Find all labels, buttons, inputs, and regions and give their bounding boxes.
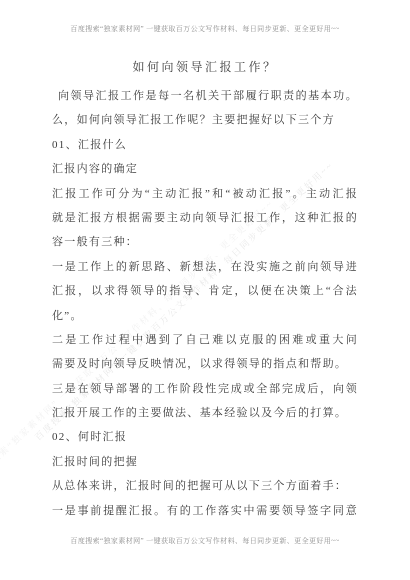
- body-line: 汇报内容的确定: [52, 157, 358, 181]
- body-text: 向领导汇报工作是每一名机关干部履行职责的基本功。那么，如何向领导汇报工作呢？主要…: [52, 84, 358, 523]
- body-line: 化”。: [52, 304, 358, 328]
- page-title: 如何向领导汇报工作？: [0, 58, 410, 75]
- body-line: 汇报开展工作的主要做法、基本经验以及今后的打算。: [52, 401, 358, 425]
- document-page: 百度搜索“独家素材网” 一键获取百万公文写作材料、每日同步更新、更全更好用~~ …: [0, 0, 410, 580]
- body-line: 容一般有三种：: [52, 230, 358, 254]
- body-line: 汇报，以求得领导的指导、肯定，以便在决策上“合法: [52, 279, 358, 303]
- body-line: 一是工作上的新思路、新想法，在没实施之前向领导进行: [52, 255, 358, 279]
- header-promo-text: 百度搜索“独家素材网” 一键获取百万公文写作材料、每日同步更新、更全更好用~~: [0, 24, 410, 34]
- body-line: 从总体来讲，汇报时间的把握可从以下三个方面着手：: [52, 474, 358, 498]
- footer-promo-text: 百度搜索“独家素材网” 一键获取百万公文写作材料、每日同步更新、更全更好用~~: [0, 536, 410, 546]
- body-line: 么，如何向领导汇报工作呢？主要把握好以下三个方面。: [52, 108, 358, 132]
- body-line: 就是汇报方根据需要主动向领导汇报工作，这种汇报的内: [52, 206, 358, 230]
- body-line: 02、何时汇报: [52, 425, 358, 449]
- body-line: 向领导汇报工作是每一名机关干部履行职责的基本功。那: [52, 84, 358, 108]
- body-line: 一是事前提醒汇报。有的工作落实中需要领导签字同意或: [52, 499, 358, 523]
- body-line: 需要及时向领导反映情况，以求得领导的指点和帮助。: [52, 352, 358, 376]
- body-line: 汇报工作可分为“主动汇报”和“被动汇报”。主动汇报: [52, 182, 358, 206]
- body-line: 二是工作过程中遇到了自己难以克服的困难或重大问题，: [52, 328, 358, 352]
- body-line: 01、汇报什么: [52, 133, 358, 157]
- body-line: 汇报时间的把握: [52, 450, 358, 474]
- body-line: 三是在领导部署的工作阶段性完成或全部完成后，向领导: [52, 377, 358, 401]
